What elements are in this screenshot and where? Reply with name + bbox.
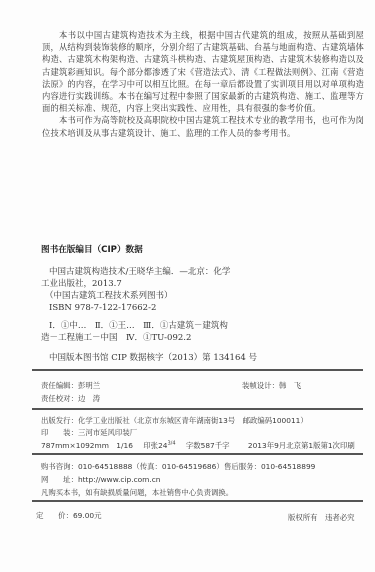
- website-link[interactable]: http://www.cip.com.cn: [78, 475, 160, 484]
- cip-isbn: ISBN 978-7-122-17662-2: [41, 302, 257, 314]
- divider: [32, 500, 363, 502]
- book-introduction: 本书以中国古建筑构造技术为主线，根据中国古代建筑的组成，按照从基础到屋顶，从结构…: [42, 29, 364, 139]
- cip-line-1: 中国古建筑构造技术/王晓华主编．—北京：化学: [41, 266, 257, 278]
- copyright-notice: 版权所有 违者必究: [288, 512, 355, 523]
- consult-line: 购书咨询：010-64518888（传真：010-64519686）: [41, 461, 224, 472]
- printer-line: 印 装：三河市延风印装厂: [41, 427, 137, 438]
- price-line: 定 价：69.00元: [36, 510, 102, 521]
- cip-catalog-number: 中国版本图书馆 CIP 数据核字（2013）第 134164 号: [41, 352, 257, 364]
- cip-line-2: 工业出版社，2013.7: [41, 278, 257, 290]
- credit-proofreader: 责任校对：边 涛: [41, 393, 100, 404]
- service-line: 售后服务：010-64518899: [224, 461, 315, 472]
- cip-line-3: （中国古建筑工程技术系列图书）: [41, 290, 257, 302]
- credit-designer: 装帧设计：韩 飞: [242, 380, 301, 391]
- intro-paragraph-2: 本书可作为高等院校及高职院校中国古建筑工程技术专业的教学用书，也可作为岗位技术培…: [42, 114, 364, 138]
- publisher-line: 出版发行：化学工业出版社（北京市东城区青年湖南街13号 邮政编码100011）: [41, 415, 308, 426]
- cip-class-line-2: 造－工程施工－中国 Ⅳ．①TU-092.2: [41, 332, 257, 344]
- format-line: 787mm×1092mm 1/16 印张243/4 字数587千字 2013年9…: [41, 440, 355, 451]
- divider: [32, 369, 363, 371]
- divider: [32, 453, 363, 455]
- cip-record: 中国古建筑构造技术/王晓华主编．—北京：化学 工业出版社，2013.7 （中国古…: [41, 266, 257, 364]
- quality-notice: 凡购买本书，如有缺损质量问题，本社销售中心负责调换。: [41, 487, 233, 498]
- intro-paragraph-1: 本书以中国古建筑构造技术为主线，根据中国古代建筑的组成，按照从基础到屋顶，从结构…: [42, 29, 364, 114]
- cip-heading: 图书在版编目（CIP）数据: [41, 243, 143, 255]
- credit-editor: 责任编辑：彭明兰: [41, 380, 100, 391]
- cip-class-line-1: Ⅰ．①中… Ⅱ．①王… Ⅲ．①古建筑－建筑构: [41, 320, 257, 332]
- website-line: 网 址：http://www.cip.com.cn: [41, 474, 160, 485]
- divider: [32, 408, 363, 410]
